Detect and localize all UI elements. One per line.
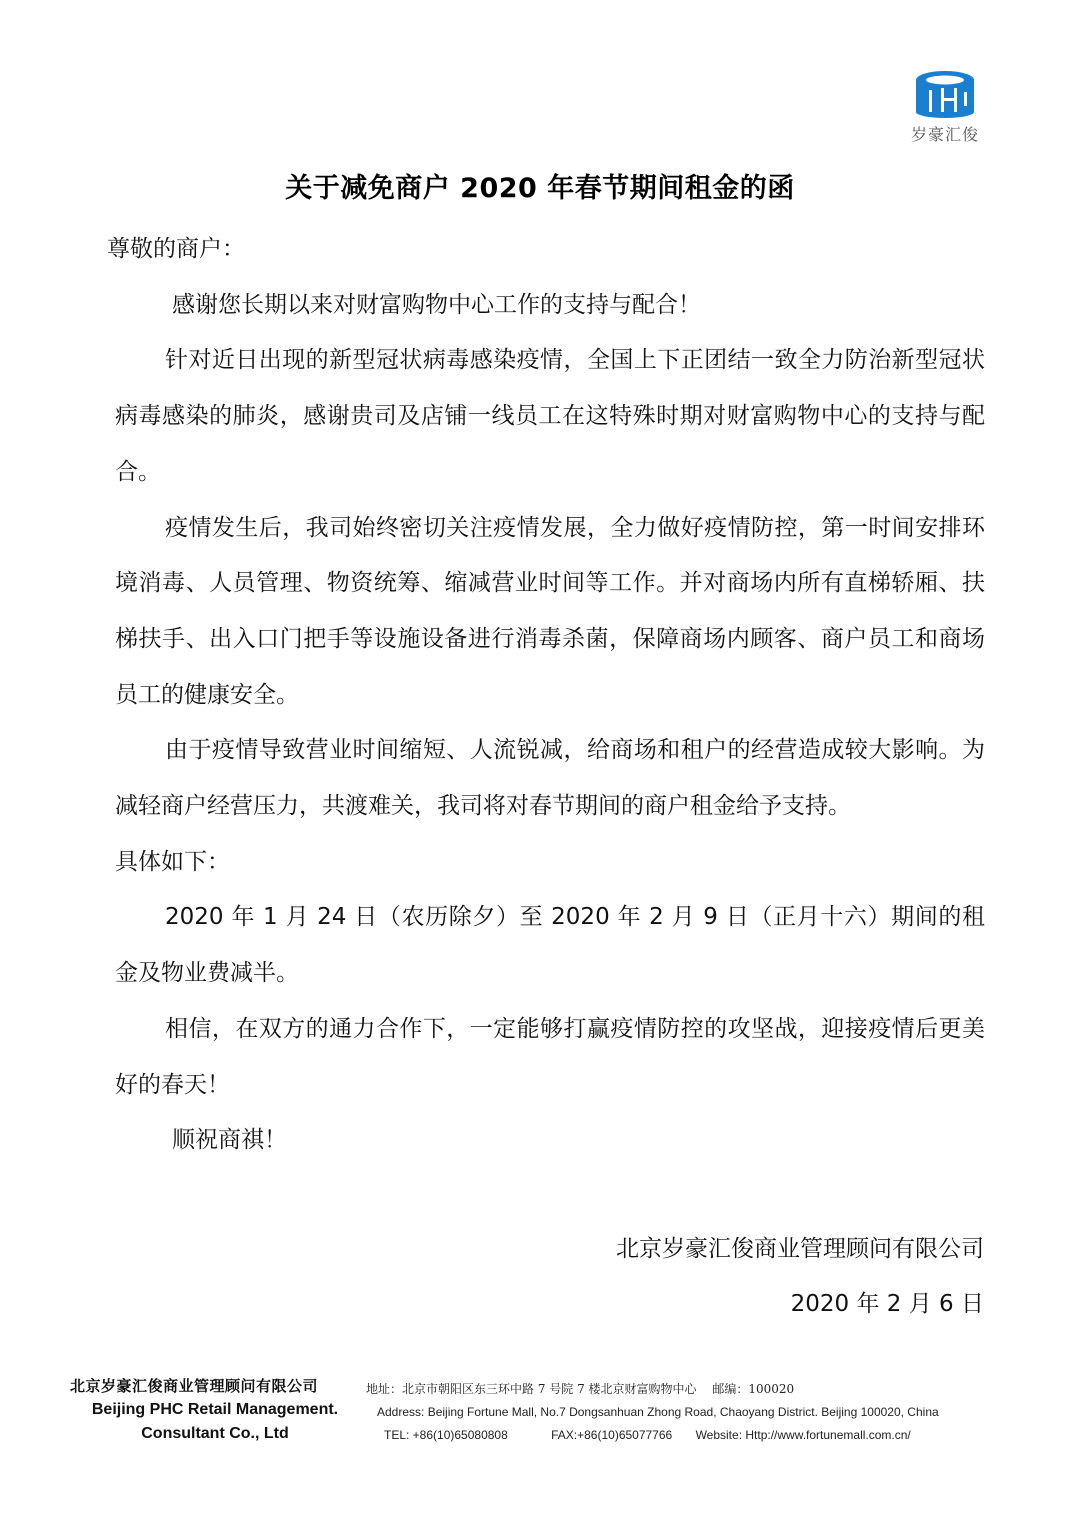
footer-company-en-line1: Beijing PHC Retail Management. [70,1398,360,1422]
company-logo: 岁豪汇俊 [900,70,990,145]
salutation: 尊敬的商户： [107,222,985,278]
signature-company: 北京岁豪汇俊商业管理顾问有限公司 [616,1222,984,1277]
logo-text: 岁豪汇俊 [900,122,990,145]
footer-contact-line: TEL: +86(10)65080808 FAX:+86(10)65077766… [366,1424,939,1447]
footer-company-cn: 北京岁豪汇俊商业管理顾问有限公司 [70,1375,360,1396]
letter-title: 关于减免商户 2020 年春节期间租金的函 [0,166,1080,205]
footer-company: 北京岁豪汇俊商业管理顾问有限公司 Beijing PHC Retail Mana… [70,1375,360,1446]
footer-address-en: Address: Beijing Fortune Mall, No.7 Dong… [366,1401,939,1424]
closing: 顺祝商祺！ [115,1113,985,1169]
paragraph-rent-reduction: 2020 年 1 月 24 日（农历除夕）至 2020 年 2 月 9 日（正月… [115,890,985,1001]
footer-tel: TEL: +86(10)65080808 [384,1424,508,1447]
paragraph-epidemic: 针对近日出现的新型冠状病毒感染疫情，全国上下正团结一致全力防治新型冠状病毒感染的… [115,333,985,500]
footer-website[interactable]: Website: Http://www.fortunemall.com.cn/ [696,1424,911,1447]
signature-date: 2020 年 2 月 6 日 [616,1277,984,1332]
footer-contact: 地址：北京市朝阳区东三环中路 7 号院 7 楼北京财富购物中心 邮编：10002… [366,1378,939,1447]
paragraph-support: 由于疫情导致营业时间缩短、人流锐减，给商场和租户的经营造成较大影响。为减轻商户经… [115,723,985,834]
footer-fax: FAX:+86(10)65077766 [551,1424,672,1447]
paragraph-measures: 疫情发生后，我司始终密切关注疫情发展，全力做好疫情防控，第一时间安排环境消毒、人… [115,501,985,724]
detail-intro: 具体如下： [115,835,985,891]
phc-logo-icon [914,70,976,118]
paragraph-confidence: 相信，在双方的通力合作下，一定能够打赢疫情防控的攻坚战，迎接疫情后更美好的春天！ [115,1002,985,1113]
letter-body: 尊敬的商户： 感谢您长期以来对财富购物中心工作的支持与配合！ 针对近日出现的新型… [115,222,985,1169]
signature-block: 北京岁豪汇俊商业管理顾问有限公司 2020 年 2 月 6 日 [616,1222,984,1332]
footer-company-en-line2: Consultant Co., Ltd [70,1422,360,1446]
footer-address-cn: 地址：北京市朝阳区东三环中路 7 号院 7 楼北京财富购物中心 邮编：10002… [366,1378,939,1401]
paragraph-thanks: 感谢您长期以来对财富购物中心工作的支持与配合！ [115,278,985,334]
